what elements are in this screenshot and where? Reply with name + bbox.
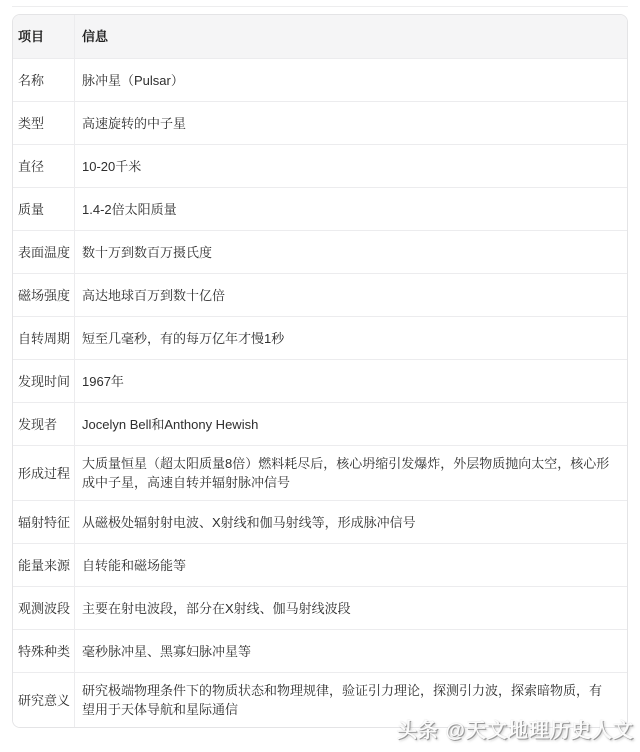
row-value: 自转能和磁场能等 [75,548,627,583]
row-label: 发现时间 [13,360,75,402]
table-row: 直径 10-20千米 [13,144,627,187]
row-value: 研究极端物理条件下的物质状态和物理规律，验证引力理论，探测引力波，探索暗物质，有… [75,673,627,727]
table-row: 能量来源 自转能和磁场能等 [13,543,627,586]
row-label: 观测波段 [13,587,75,629]
row-value: 毫秒脉冲星、黑寡妇脉冲星等 [75,634,627,669]
table-row: 名称 脉冲星（Pulsar） [13,58,627,101]
pulsar-info-table: 项目 信息 名称 脉冲星（Pulsar） 类型 高速旋转的中子星 直径 10-2… [12,14,628,728]
table-row: 表面温度 数十万到数百万摄氏度 [13,230,627,273]
row-label: 名称 [13,59,75,101]
row-value: 脉冲星（Pulsar） [75,63,627,98]
table-header-item: 项目 [13,15,75,58]
row-label: 直径 [13,145,75,187]
row-value: 主要在射电波段，部分在X射线、伽马射线波段 [75,591,627,626]
row-value: 10-20千米 [75,149,627,184]
table-row: 磁场强度 高达地球百万到数十亿倍 [13,273,627,316]
table-row: 观测波段 主要在射电波段，部分在X射线、伽马射线波段 [13,586,627,629]
table-row: 发现时间 1967年 [13,359,627,402]
row-label: 类型 [13,102,75,144]
table-header-row: 项目 信息 [13,15,627,58]
row-label: 特殊种类 [13,630,75,672]
row-value: Jocelyn Bell和Anthony Hewish [75,407,627,442]
row-label: 表面温度 [13,231,75,273]
row-value: 高速旋转的中子星 [75,106,627,141]
table-row: 发现者 Jocelyn Bell和Anthony Hewish [13,402,627,445]
row-value: 高达地球百万到数十亿倍 [75,278,627,313]
row-label: 质量 [13,188,75,230]
row-label: 形成过程 [13,446,75,500]
row-value: 1967年 [75,364,627,399]
table-header-info: 信息 [75,19,627,54]
table-row: 类型 高速旋转的中子星 [13,101,627,144]
row-label: 自转周期 [13,317,75,359]
table-row: 自转周期 短至几毫秒，有的每万亿年才慢1秒 [13,316,627,359]
row-label: 磁场强度 [13,274,75,316]
top-divider [12,6,628,7]
row-label: 辐射特征 [13,501,75,543]
row-value: 大质量恒星（超太阳质量8倍）燃料耗尽后，核心坍缩引发爆炸，外层物质抛向太空，核心… [75,446,627,500]
row-value: 数十万到数百万摄氏度 [75,235,627,270]
table-row: 研究意义 研究极端物理条件下的物质状态和物理规律，验证引力理论，探测引力波，探索… [13,672,627,727]
table-row: 特殊种类 毫秒脉冲星、黑寡妇脉冲星等 [13,629,627,672]
table-row: 辐射特征 从磁极处辐射射电波、X射线和伽马射线等，形成脉冲信号 [13,500,627,543]
table-row: 质量 1.4-2倍太阳质量 [13,187,627,230]
row-value: 短至几毫秒，有的每万亿年才慢1秒 [75,321,627,356]
row-value: 从磁极处辐射射电波、X射线和伽马射线等，形成脉冲信号 [75,505,627,540]
row-label: 发现者 [13,403,75,445]
row-label: 研究意义 [13,673,75,727]
table-row: 形成过程 大质量恒星（超太阳质量8倍）燃料耗尽后，核心坍缩引发爆炸，外层物质抛向… [13,445,627,500]
row-value: 1.4-2倍太阳质量 [75,192,627,227]
table-body: 名称 脉冲星（Pulsar） 类型 高速旋转的中子星 直径 10-20千米 质量… [13,58,627,727]
row-label: 能量来源 [13,544,75,586]
